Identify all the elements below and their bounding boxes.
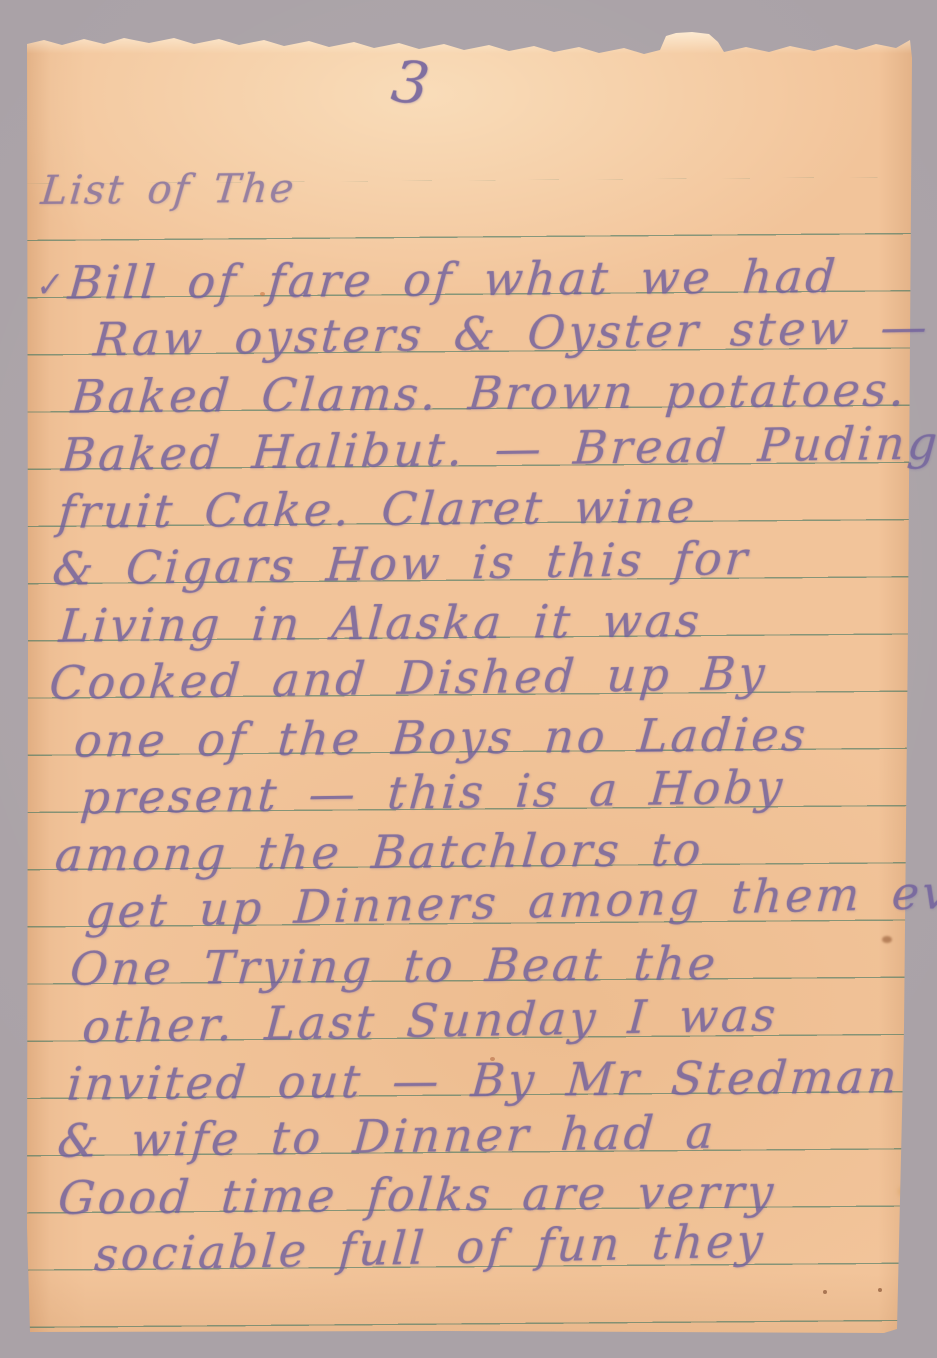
page-number: 3	[388, 47, 433, 119]
handwritten-line: Baked Clams. Brown potatoes.	[69, 362, 909, 423]
handwritten-line: Cooked and Dished up By	[48, 646, 770, 710]
handwritten-line: & wife to Dinner had a	[56, 1105, 719, 1168]
handwritten-line: Baked Halibut. — Bread Puding.	[60, 415, 937, 482]
handwritten-line: one of the Boys no Ladies	[72, 707, 810, 767]
handwritten-line: sociable full of fun they	[93, 1213, 768, 1281]
handwritten-line: fruit Cake. Claret wine	[56, 479, 699, 539]
heading-line: List of The	[39, 166, 298, 214]
handwritten-line: invited out — By Mr Stedman	[65, 1049, 902, 1110]
handwritten-line: other. Last Sunday I was	[81, 987, 781, 1053]
handwritten-line: Living in Alaska it was	[57, 593, 704, 653]
scanned-letter-photo: 3 List of The ✓ Bill of fare of what we …	[0, 0, 937, 1358]
handwriting-layer: 3 List of The ✓ Bill of fare of what we …	[0, 0, 937, 1358]
handwritten-line: & Cigars How is this for	[51, 531, 752, 596]
handwritten-line: present — this is a Hoby	[79, 760, 787, 825]
handwritten-line: Bill of fare of what we had	[66, 249, 840, 310]
handwritten-line: Raw oysters & Oyster stew —	[92, 299, 932, 366]
checkmark: ✓	[31, 264, 63, 306]
handwritten-line: One Trying to Beat the	[68, 936, 720, 996]
